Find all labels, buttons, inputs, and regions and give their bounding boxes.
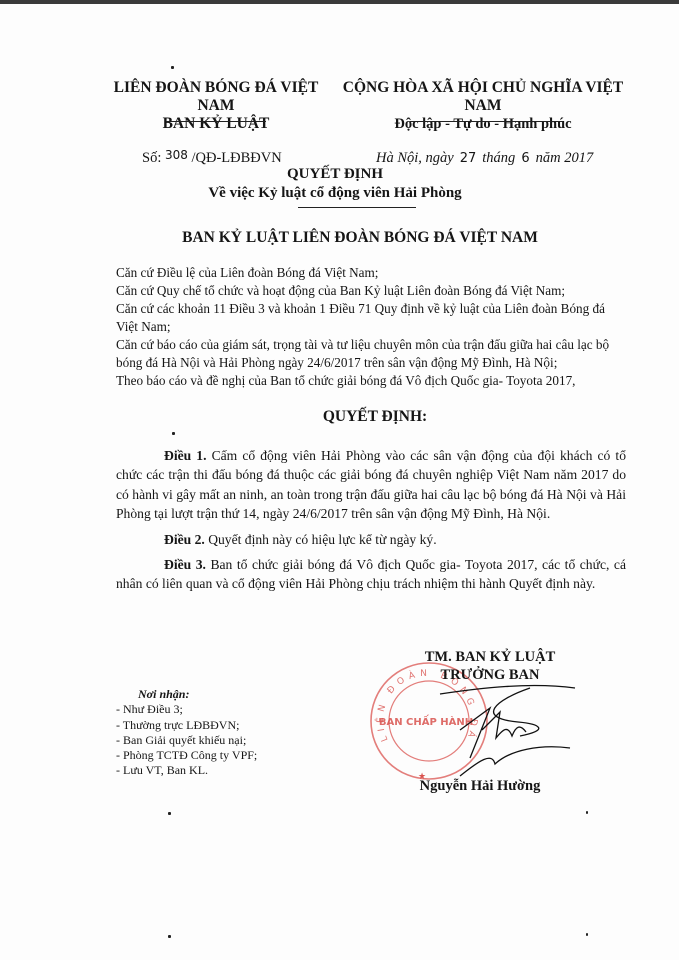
issuer: BAN KỶ LUẬT LIÊN ĐOÀN BÓNG ĐÁ VIỆT NAM [150, 229, 570, 247]
title-underline [298, 207, 416, 208]
legal-basis: Căn cứ Điều lệ của Liên đoàn Bóng đá Việ… [116, 264, 626, 390]
basis-item: Căn cứ Điều lệ của Liên đoàn Bóng đá Việ… [116, 264, 626, 282]
title-subject: Về việc Kỷ luật cổ động viên Hải Phòng [150, 184, 520, 203]
national-motto: Độc lập - Tự do - Hạnh phúc [338, 115, 628, 133]
recipient-item: - Như Điều 3; [116, 702, 316, 717]
recipient-item: - Thường trực LĐBĐVN; [116, 718, 316, 733]
article-label: Điều 1. [164, 448, 206, 463]
article-label: Điều 3. [164, 557, 206, 572]
signer-name: Nguyễn Hải Hường [400, 778, 560, 795]
document-title: QUYẾT ĐỊNH Về việc Kỷ luật cổ động viên … [150, 165, 520, 203]
org-name: LIÊN ĐOÀN BÓNG ĐÁ VIỆT NAM [96, 79, 336, 115]
article-label: Điều 2. [164, 532, 205, 547]
signature-block: TM. BAN KỶ LUẬT TRƯỞNG BAN [390, 648, 590, 684]
header-right: CỘNG HÒA XÃ HỘI CHỦ NGHĨA VIỆT NAM Độc l… [338, 79, 628, 133]
articles: Điều 1. Cấm cổ động viên Hải Phòng vào c… [116, 446, 626, 600]
year-text: năm 2017 [536, 150, 594, 166]
recipients: Nơi nhận: - Như Điều 3; - Thường trực LĐ… [116, 687, 316, 779]
month-handwritten: 6 [521, 151, 529, 166]
scan-speck [586, 933, 588, 936]
number-handwritten: 308 [165, 148, 188, 162]
on-behalf: TM. BAN KỶ LUẬT [390, 648, 590, 666]
scan-speck [168, 935, 171, 938]
signer-position: TRƯỞNG BAN [390, 666, 590, 684]
scan-top-edge [0, 0, 679, 4]
decision-heading: QUYẾT ĐỊNH: [240, 408, 510, 426]
basis-item: Căn cứ báo cáo của giám sát, trọng tài v… [116, 336, 626, 372]
article-2: Điều 2. Quyết định này có hiệu lực kể từ… [116, 530, 626, 549]
scan-speck [168, 812, 171, 815]
month-label: tháng [482, 150, 515, 166]
article-1: Điều 1. Cấm cổ động viên Hải Phòng vào c… [116, 446, 626, 524]
country-name: CỘNG HÒA XÃ HỘI CHỦ NGHĨA VIỆT NAM [338, 79, 628, 115]
basis-item: Căn cứ Quy chế tổ chức và hoạt động của … [116, 282, 626, 300]
dept-name: BAN KỶ LUẬT [96, 115, 336, 133]
basis-item: Căn cứ các khoản 11 Điều 3 và khoản 1 Đi… [116, 300, 626, 336]
scan-speck [172, 432, 175, 435]
number-label: Số: [142, 150, 161, 166]
basis-item: Theo báo cáo và đề nghị của Ban tổ chức … [116, 372, 626, 390]
header-right-underline [410, 121, 562, 122]
article-3: Điều 3. Ban tổ chức giải bóng đá Vô địch… [116, 555, 626, 594]
date-prefix: Hà Nội, ngày [376, 150, 454, 166]
day-handwritten: 27 [460, 151, 477, 166]
header-left-underline [166, 121, 266, 122]
scan-speck [171, 66, 174, 69]
recipient-item: - Ban Giải quyết khiếu nại; [116, 733, 316, 748]
scan-speck [586, 811, 588, 814]
recipients-label: Nơi nhận: [116, 687, 316, 702]
article-text: Quyết định này có hiệu lực kể từ ngày ký… [208, 532, 436, 547]
recipient-item: - Phòng TCTĐ Công ty VPF; [116, 748, 316, 763]
header-left: LIÊN ĐOÀN BÓNG ĐÁ VIỆT NAM BAN KỶ LUẬT [96, 79, 336, 133]
recipient-item: - Lưu VT, Ban KL. [116, 763, 316, 778]
title-heading: QUYẾT ĐỊNH [150, 165, 520, 184]
number-suffix: /QĐ-LĐBĐVN [192, 150, 282, 166]
